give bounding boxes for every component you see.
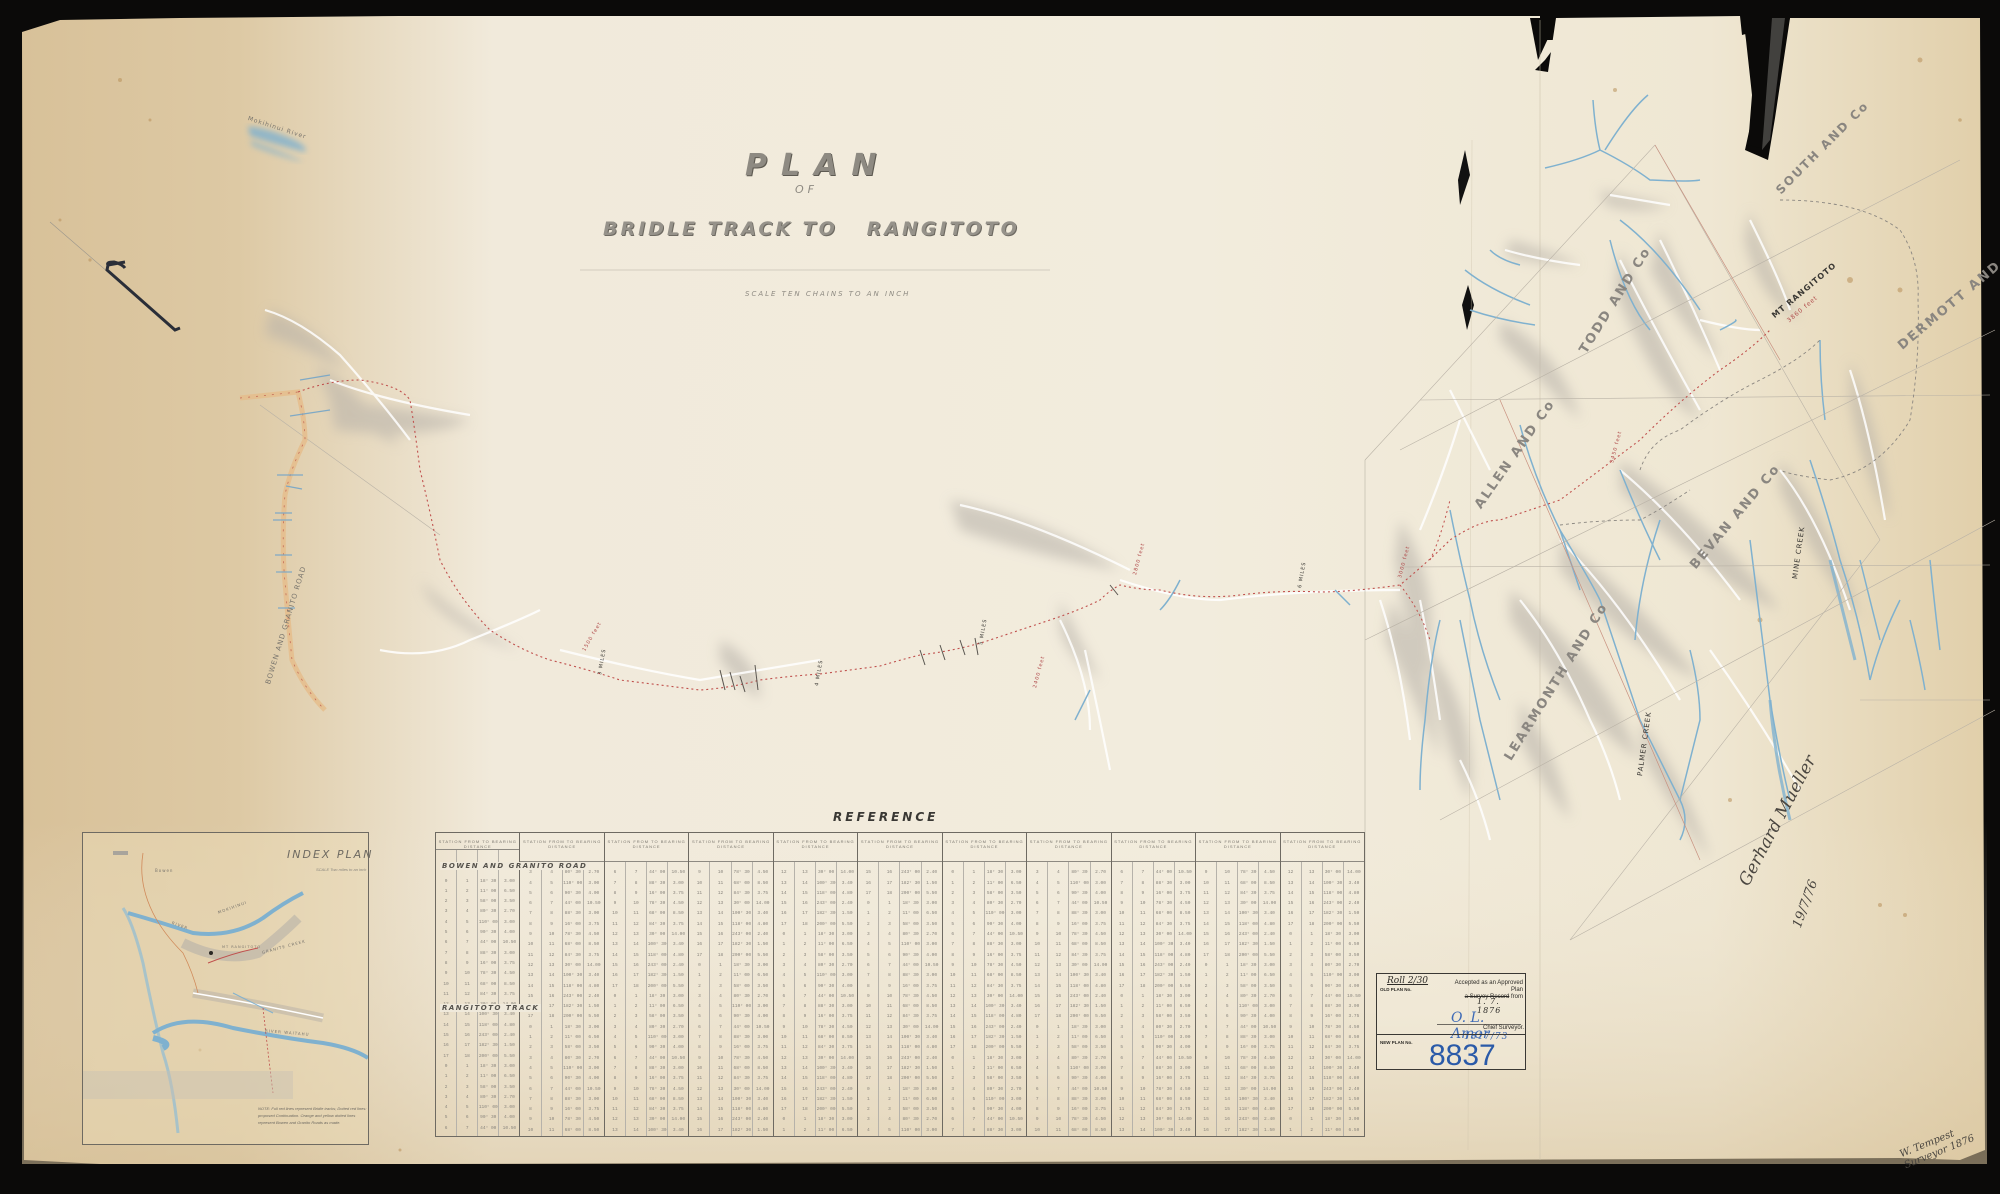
map-title-of: OF bbox=[795, 183, 818, 196]
reference-column: 30° 00 100° 30 118° 00 243° 00 182° 30 2… bbox=[816, 862, 837, 1136]
reference-column: 2.70 3.00 4.00 10.50 3.00 3.75 4.50 8.50… bbox=[1091, 862, 1111, 1136]
reference-block-body: 9 10 11 12 13 14 15 16 17 0 1 2 3 4 5 6 … bbox=[1196, 862, 1279, 1136]
map-sheet: PLAN OF BRIDLE TRACK TO RANGITOTO SCALE … bbox=[0, 0, 2000, 1194]
reference-column: 12 13 14 15 16 17 0 1 2 3 4 5 6 7 8 9 10… bbox=[774, 862, 795, 1136]
reference-block: STATION FROM TO BEARING DISTANCE6 7 8 9 … bbox=[1112, 833, 1196, 1136]
reference-column: 0 1 2 3 4 5 6 7 8 9 10 11 12 13 14 15 16… bbox=[436, 850, 457, 1137]
reference-block: STATION FROM TO BEARING DISTANCE9 10 11 … bbox=[1196, 833, 1280, 1136]
reference-column: 6 7 8 9 10 11 12 13 14 15 16 17 0 1 2 3 … bbox=[1112, 862, 1133, 1136]
reference-block: STATION FROM TO BEARING DISTANCE6 7 8 9 … bbox=[605, 833, 689, 1136]
reference-column: 4 5 6 7 8 9 10 11 12 13 14 15 16 17 18 1… bbox=[542, 862, 563, 1136]
reference-column: 18° 30 11° 00 58° 00 80° 30 110° 00 90° … bbox=[985, 862, 1006, 1136]
reference-block: STATION FROM TO BEARING DISTANCE3 4 5 6 … bbox=[520, 833, 604, 1136]
reference-title: REFERENCE bbox=[833, 810, 938, 824]
reference-column: 44° 00 88° 30 16° 00 78° 30 68° 00 84° 3… bbox=[647, 862, 668, 1136]
reference-table: STATION FROM TO BEARING DISTANCE 0 1 2 3… bbox=[435, 832, 1365, 1137]
reference-block: STATION FROM TO BEARING DISTANCE3 4 5 6 … bbox=[1027, 833, 1111, 1136]
reference-block-header: STATION FROM TO BEARING DISTANCE bbox=[774, 833, 857, 862]
reference-column: 13 14 15 16 17 18 1 2 3 4 5 6 7 8 9 10 1… bbox=[1302, 862, 1323, 1136]
reference-column: 18° 30 11° 00 58° 00 80° 30 110° 00 90° … bbox=[478, 850, 499, 1137]
reference-column: 243° 00 182° 30 200° 00 18° 30 11° 00 58… bbox=[900, 862, 921, 1136]
reference-block-body: 15 16 17 0 1 2 3 4 5 6 7 8 9 10 11 12 13… bbox=[858, 862, 941, 1136]
reference-block-body: 6 7 8 9 10 11 12 13 14 15 16 17 0 1 2 3 … bbox=[1112, 862, 1195, 1136]
reference-column: 78° 30 68° 00 84° 30 30° 00 100° 30 118°… bbox=[1238, 862, 1259, 1136]
reference-column: 30° 00 100° 30 118° 00 243° 00 182° 30 2… bbox=[1323, 862, 1344, 1136]
reference-column: 4.50 8.50 3.75 14.00 3.40 4.80 2.40 1.50… bbox=[1259, 862, 1279, 1136]
index-label: Bowen bbox=[155, 868, 173, 873]
reference-column: 9 10 11 12 13 14 15 16 17 0 1 2 3 4 5 6 … bbox=[1196, 862, 1217, 1136]
reference-block-header: STATION FROM TO BEARING DISTANCE bbox=[689, 833, 772, 862]
reference-section-label: RANGITOTO TRACK bbox=[440, 1004, 541, 1012]
reference-block-body: 3 4 5 6 7 8 9 10 11 12 13 14 15 16 17 0 … bbox=[1027, 862, 1110, 1136]
reference-column: 6 7 8 9 10 11 12 13 14 15 16 17 0 1 2 3 … bbox=[605, 862, 626, 1136]
index-label: MT RANGITOTO bbox=[222, 945, 261, 949]
reference-block-body: 9 10 11 12 13 14 15 16 17 0 1 2 3 4 5 6 … bbox=[689, 862, 772, 1136]
map-title-main: BRIDLE TRACK TO RANGITOTO bbox=[603, 218, 1020, 240]
reference-section-label: BOWEN AND GRANITO ROAD bbox=[440, 862, 589, 870]
reference-column: 4.50 8.50 3.75 14.00 3.40 4.80 2.40 1.50… bbox=[753, 862, 773, 1136]
reference-column: 3.00 6.50 3.50 2.70 3.00 4.00 10.50 3.00… bbox=[499, 850, 519, 1137]
reference-column: 14.00 3.40 4.80 2.40 1.50 5.50 3.00 6.50… bbox=[1344, 862, 1364, 1136]
reference-column: 7 8 9 10 11 12 13 14 15 16 17 18 1 2 3 4… bbox=[1133, 862, 1154, 1136]
reference-column: 0 1 2 3 4 5 6 7 8 9 10 11 12 13 14 15 16… bbox=[943, 862, 964, 1136]
index-plan-note: NOTE: Full red lines represent Bridle tr… bbox=[258, 1105, 368, 1126]
reference-column: 9 10 11 12 13 14 15 16 17 0 1 2 3 4 5 6 … bbox=[689, 862, 710, 1136]
reference-block-body: 6 7 8 9 10 11 12 13 14 15 16 17 0 1 2 3 … bbox=[605, 862, 688, 1136]
reference-block-header: STATION FROM TO BEARING DISTANCE bbox=[436, 833, 519, 850]
reference-column: 16 17 18 1 2 3 4 5 6 7 8 9 10 11 12 13 1… bbox=[879, 862, 900, 1136]
reference-column: 78° 30 68° 00 84° 30 30° 00 100° 30 118°… bbox=[732, 862, 753, 1136]
reference-block-header: STATION FROM TO BEARING DISTANCE bbox=[943, 833, 1026, 862]
reference-column: 15 16 17 0 1 2 3 4 5 6 7 8 9 10 11 12 13… bbox=[858, 862, 879, 1136]
reference-block-header: STATION FROM TO BEARING DISTANCE bbox=[605, 833, 688, 862]
stamp-accepted-line1: Accepted as an Approved Plan bbox=[1443, 980, 1523, 994]
reference-block: STATION FROM TO BEARING DISTANCE12 13 14… bbox=[774, 833, 858, 1136]
map-title-plan: PLAN bbox=[745, 148, 890, 183]
reference-column: 10.50 3.00 3.75 4.50 8.50 3.75 14.00 3.4… bbox=[668, 862, 688, 1136]
reference-block-body: 0 1 2 3 4 5 6 7 8 9 10 11 12 13 14 15 16… bbox=[943, 862, 1026, 1136]
reference-block-body: 0 1 2 3 4 5 6 7 8 9 10 11 12 13 14 15 16… bbox=[436, 850, 519, 1137]
reference-block-header: STATION FROM TO BEARING DISTANCE bbox=[1281, 833, 1364, 862]
reference-block: STATION FROM TO BEARING DISTANCE15 16 17… bbox=[858, 833, 942, 1136]
stamp-old-plan-ref: Roll 2/30 bbox=[1387, 976, 1428, 986]
reference-column: 3 4 5 6 7 8 9 10 11 12 13 14 15 16 17 0 … bbox=[520, 862, 541, 1136]
stamp-new-plan-label: NEW PLAN No. bbox=[1380, 1040, 1413, 1045]
reference-block: STATION FROM TO BEARING DISTANCE12 13 14… bbox=[1281, 833, 1364, 1136]
index-plan-frame bbox=[82, 832, 369, 1145]
reference-column: 44° 00 88° 30 16° 00 78° 30 68° 00 84° 3… bbox=[1154, 862, 1175, 1136]
reference-block-header: STATION FROM TO BEARING DISTANCE bbox=[1112, 833, 1195, 862]
stamp-old-plan-label: OLD PLAN No. bbox=[1380, 987, 1412, 992]
reference-column: 12 13 14 15 16 17 0 1 2 3 4 5 6 7 8 9 10… bbox=[1281, 862, 1302, 1136]
reference-block: STATION FROM TO BEARING DISTANCE9 10 11 … bbox=[689, 833, 773, 1136]
reference-column: 4 5 6 7 8 9 10 11 12 13 14 15 16 17 18 1… bbox=[1048, 862, 1069, 1136]
stamp-chief-surveyor: Chief Surveyor. bbox=[1483, 1025, 1524, 1031]
reference-block: STATION FROM TO BEARING DISTANCE0 1 2 3 … bbox=[943, 833, 1027, 1136]
reference-block-header: STATION FROM TO BEARING DISTANCE bbox=[520, 833, 603, 862]
index-plan-scale: SCALE Two miles to an inch bbox=[316, 867, 366, 872]
reference-column: 13 14 15 16 17 18 1 2 3 4 5 6 7 8 9 10 1… bbox=[795, 862, 816, 1136]
reference-block-body: 12 13 14 15 16 17 0 1 2 3 4 5 6 7 8 9 10… bbox=[1281, 862, 1364, 1136]
reference-column: 1 2 3 4 5 6 7 8 9 10 11 12 13 14 15 16 1… bbox=[964, 862, 985, 1136]
reference-column: 2.70 3.00 4.00 10.50 3.00 3.75 4.50 8.50… bbox=[584, 862, 604, 1136]
index-plan-map bbox=[83, 833, 368, 1144]
reference-column: 80° 30 110° 00 90° 30 44° 00 88° 30 16° … bbox=[563, 862, 584, 1136]
reference-column: 3 4 5 6 7 8 9 10 11 12 13 14 15 16 17 0 … bbox=[1027, 862, 1048, 1136]
approval-stamp: Roll 2/30 OLD PLAN No. Accepted as an Ap… bbox=[1376, 973, 1526, 1070]
reference-column: 2.40 1.50 5.50 3.00 6.50 3.50 2.70 3.00 … bbox=[922, 862, 942, 1136]
stamp-new-plan-number: 8837 bbox=[1429, 1039, 1496, 1073]
reference-column: 80° 30 110° 00 90° 30 44° 00 88° 30 16° … bbox=[1069, 862, 1090, 1136]
reference-column: 10 11 12 13 14 15 16 17 18 1 2 3 4 5 6 7… bbox=[710, 862, 731, 1136]
reference-column: 10.50 3.00 3.75 4.50 8.50 3.75 14.00 3.4… bbox=[1175, 862, 1195, 1136]
reference-column: 10 11 12 13 14 15 16 17 18 1 2 3 4 5 6 7… bbox=[1217, 862, 1238, 1136]
reference-column: 1 2 3 4 5 6 7 8 9 10 11 12 13 14 15 16 1… bbox=[457, 850, 478, 1137]
reference-block-body: 3 4 5 6 7 8 9 10 11 12 13 14 15 16 17 0 … bbox=[520, 862, 603, 1136]
stamp-divider bbox=[1377, 1034, 1525, 1035]
reference-block-header: STATION FROM TO BEARING DISTANCE bbox=[1027, 833, 1110, 862]
map-scale-note: SCALE TEN CHAINS TO AN INCH bbox=[745, 290, 910, 298]
reference-column: 3.00 6.50 3.50 2.70 3.00 4.00 10.50 3.00… bbox=[1006, 862, 1026, 1136]
reference-block-header: STATION FROM TO BEARING DISTANCE bbox=[858, 833, 941, 862]
reference-block-header: STATION FROM TO BEARING DISTANCE bbox=[1196, 833, 1279, 862]
reference-block: STATION FROM TO BEARING DISTANCE 0 1 2 3… bbox=[436, 833, 520, 1136]
reference-column: 7 8 9 10 11 12 13 14 15 16 17 18 1 2 3 4… bbox=[626, 862, 647, 1136]
reference-column: 14.00 3.40 4.80 2.40 1.50 5.50 3.00 6.50… bbox=[837, 862, 857, 1136]
index-plan-title: INDEX PLAN bbox=[287, 848, 373, 861]
reference-block-body: 12 13 14 15 16 17 0 1 2 3 4 5 6 7 8 9 10… bbox=[774, 862, 857, 1136]
